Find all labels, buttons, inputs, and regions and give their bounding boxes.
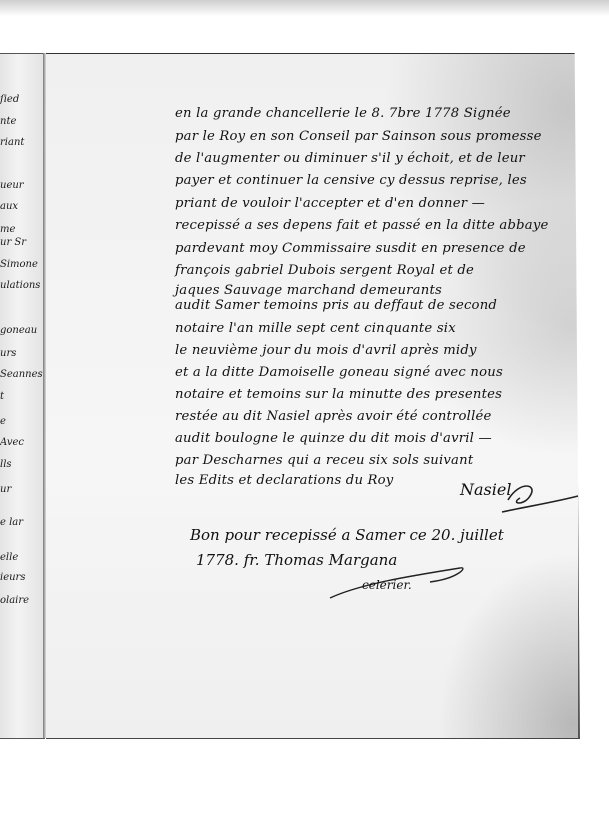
text-line: audit Samer temoins pris au deffaut de s…: [175, 298, 497, 313]
margin-text: t: [0, 391, 4, 402]
margin-text: nte: [0, 116, 16, 127]
margin-text: riant: [0, 137, 24, 148]
margin-text: aux: [0, 201, 18, 212]
text-line: recepissé a ses depens fait et passé en …: [175, 218, 548, 233]
margin-text: olaire: [0, 595, 29, 606]
margin-text: goneau: [0, 325, 37, 336]
text-line: jaques Sauvage marchand demeurants: [175, 283, 442, 298]
margin-text: ueur: [0, 180, 24, 191]
text-line: par le Roy en son Conseil par Sainson so…: [175, 129, 542, 144]
receipt-line: 1778. fr. Thomas Margana: [196, 551, 397, 569]
text-line: payer et continuer la censive cy dessus …: [175, 173, 527, 188]
text-line: priant de vouloir l'accepter et d'en don…: [175, 196, 485, 211]
margin-text: e: [0, 416, 6, 427]
facing-page-fragment: ſied nte riant ueur aux me ur Sr Simone …: [0, 53, 45, 739]
text-line: et a la ditte Damoiselle goneau signé av…: [175, 365, 503, 380]
margin-text: e lar: [0, 517, 23, 528]
margin-text: ieurs: [0, 572, 25, 583]
text-line: françois gabriel Dubois sergent Royal et…: [175, 263, 474, 278]
margin-text: ur: [0, 484, 11, 495]
text-line: audit boulogne le quinze du dit mois d'a…: [175, 431, 492, 446]
book-spine: [43, 53, 46, 738]
margin-text: elle: [0, 552, 18, 563]
scan-top-shadow: [0, 0, 609, 16]
text-line: pardevant moy Commissaire susdit en pres…: [175, 241, 526, 256]
margin-text: urs: [0, 348, 16, 359]
text-line: de l'augmenter ou diminuer s'il y échoit…: [175, 151, 525, 166]
text-line: par Descharnes qui a receu six sols suiv…: [175, 453, 473, 468]
margin-text: Avec: [0, 437, 24, 448]
receipt-line: Bon pour recepissé a Samer ce 20. juille…: [190, 526, 504, 544]
margin-text: lls: [0, 459, 12, 470]
margin-text: me: [0, 224, 15, 235]
margin-text: ulations: [0, 280, 40, 291]
notary-signature: Nasiel: [460, 480, 511, 499]
margin-text: Simone: [0, 259, 38, 270]
margin-text: ſied: [0, 94, 19, 105]
text-line: notaire l'an mille sept cent cinquante s…: [175, 321, 456, 336]
text-line: en la grande chancellerie le 8. 7bre 177…: [175, 106, 511, 121]
margin-text: ur Sr: [0, 237, 26, 248]
text-line: notaire et temoins sur la minutte des pr…: [175, 387, 502, 402]
margin-text: Seannes: [0, 369, 43, 380]
text-line: le neuvième jour du mois d'avril après m…: [175, 343, 477, 358]
receipt-title: celerier.: [362, 578, 412, 592]
text-line: restée au dit Nasiel après avoir été con…: [175, 409, 492, 424]
text-line: les Edits et declarations du Roy: [175, 473, 393, 488]
